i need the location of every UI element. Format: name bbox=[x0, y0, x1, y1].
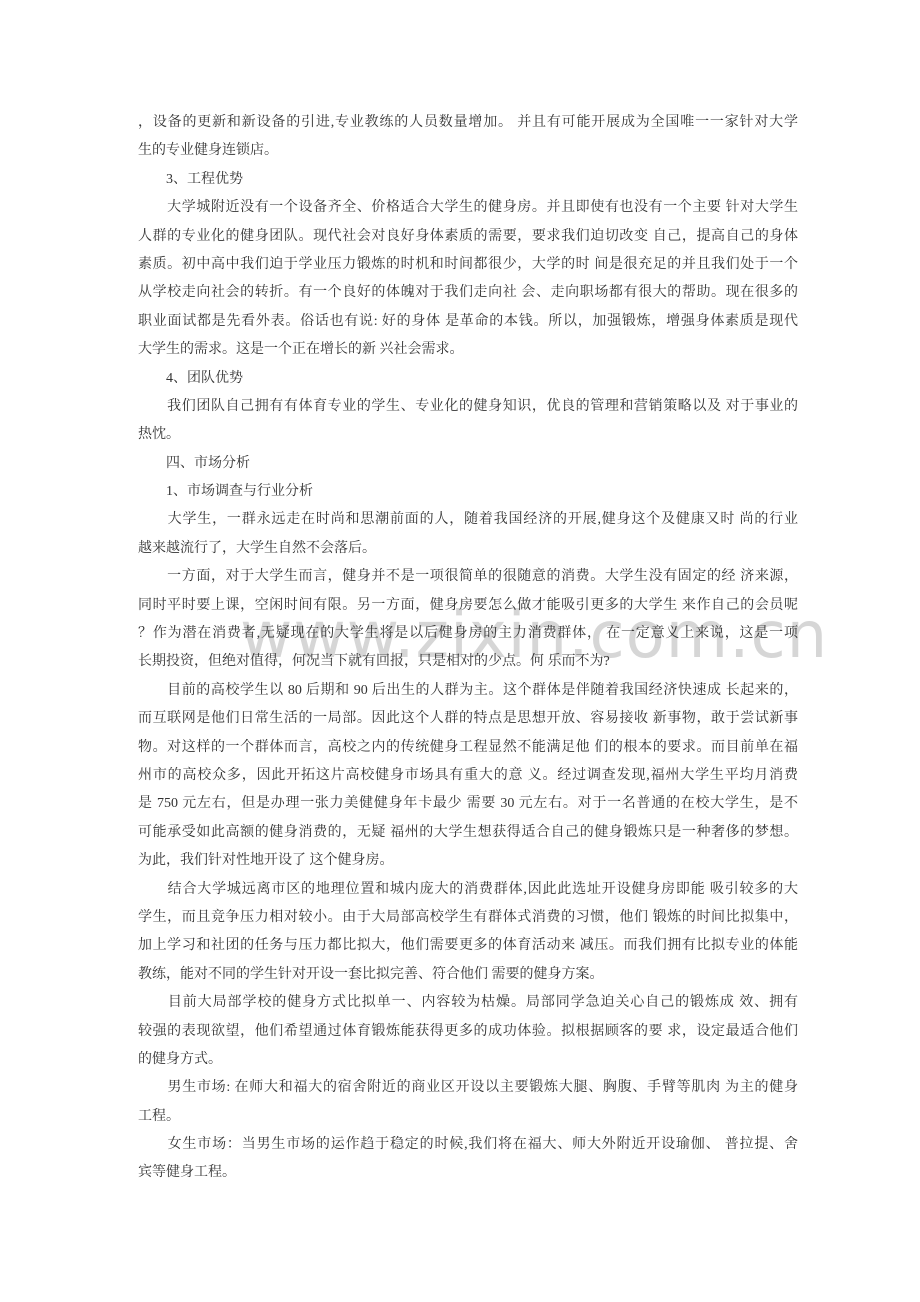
text-line: ，设备的更新和新设备的引进,专业教练的人员数量增加。 并且有可能开展成为全国唯一… bbox=[138, 109, 798, 137]
text-line: 从学校走向社会的转折。有一个良好的体魄对于我们走向社 会、走向职场都有很大的帮助… bbox=[138, 279, 798, 307]
text-line: 而互联网是他们日常生活的一局部。因此这个人群的特点是思想开放、容易接收 新事物，… bbox=[138, 705, 798, 733]
text-line: 较强的表现欲望，他们希望通过体育锻炼能获得更多的成功体验。拟根据顾客的要 求，设… bbox=[138, 1018, 798, 1046]
text-line: 生的专业健身连锁店。 bbox=[138, 137, 798, 165]
text-line: 宾等健身工程。 bbox=[138, 1159, 798, 1187]
text-line: 目前大局部学校的健身方式比拟单一、内容较为枯燥。局部同学急迫关心自己的锻炼成 效… bbox=[138, 989, 798, 1017]
text-line: 长期投资，但绝对值得，何况当下就有回报，只是相对的少点。何 乐而不为? bbox=[138, 648, 798, 676]
text-line: 教练，能对不同的学生针对开设一套比拟完善、符合他们 需要的健身方案。 bbox=[138, 961, 798, 989]
text-line: 男生市场: 在师大和福大的宿舍附近的商业区开设以主要锻炼大腿、胸腹、手臂等肌肉 … bbox=[138, 1074, 798, 1102]
text-line: 我们团队自己拥有有体育专业的学生、专业化的健身知识，优良的管理和营销策略以及 对… bbox=[138, 393, 798, 421]
text-line: 同时平时要上课，空闲时间有限。另一方面，健身房要怎么做才能吸引更多的大学生 来作… bbox=[138, 592, 798, 620]
text-line: 3、工程优势 bbox=[138, 166, 798, 194]
text-line: 热忱。 bbox=[138, 421, 798, 449]
text-line: ？作为潜在消费者,无疑现在的大学生将是以后健身房的主力消费群体， 在一定意义上来… bbox=[138, 620, 798, 648]
text-line: 大学生，一群永远走在时尚和思潮前面的人，随着我国经济的开展,健身这个及健康又时 … bbox=[138, 506, 798, 534]
text-line: 是 750 元左右，但是办理一张力美健健身年卡最少 需要 30 元左右。对于一名… bbox=[138, 790, 798, 818]
document-page: www.zixin.com.cn ，设备的更新和新设备的引进,专业教练的人员数量… bbox=[0, 0, 920, 1302]
text-line: 一方面，对于大学生而言，健身并不是一项很简单的很随意的消费。大学生没有固定的经 … bbox=[138, 563, 798, 591]
text-line: 1、市场调查与行业分析 bbox=[138, 478, 798, 506]
text-line: 州市的高校众多，因此开拓这片高校健身市场具有重大的意 义。经过调查发现,福州大学… bbox=[138, 762, 798, 790]
text-line: 素质。初中高中我们迫于学业压力锻炼的时机和时间都很少，大学的时 间是很充足的并且… bbox=[138, 251, 798, 279]
text-line: 4、团队优势 bbox=[138, 365, 798, 393]
text-line: 可能承受如此高额的健身消费的，无疑 福州的大学生想获得适合自己的健身锻炼只是一种… bbox=[138, 819, 798, 847]
text-line: 大学生的需求。这是一个正在增长的新 兴社会需求。 bbox=[138, 336, 798, 364]
text-line: 学生，而且竞争压力相对较小。由于大局部高校学生有群体式消费的习惯，他们 锻炼的时… bbox=[138, 904, 798, 932]
text-line: 职业面试都是先看外表。俗话也有说: 好的身体 是革命的本钱。所以，加强锻炼，增强… bbox=[138, 308, 798, 336]
text-line: 越来越流行了，大学生自然不会落后。 bbox=[138, 535, 798, 563]
text-line: 加上学习和社团的任务与压力都比拟大，他们需要更多的体育活动来 减压。而我们拥有比… bbox=[138, 932, 798, 960]
text-line: 工程。 bbox=[138, 1103, 798, 1131]
text-line: 四、市场分析 bbox=[138, 450, 798, 478]
text-line: 目前的高校学生以 80 后期和 90 后出生的人群为主。这个群体是伴随着我国经济… bbox=[138, 677, 798, 705]
text-line: 大学城附近没有一个设备齐全、价格适合大学生的健身房。并且即使有也没有一个主要 针… bbox=[138, 194, 798, 222]
text-line: 女生市场：当男生市场的运作趋于稳定的时候,我们将在福大、师大外附近开设瑜伽、 普… bbox=[138, 1131, 798, 1159]
document-body: ，设备的更新和新设备的引进,专业教练的人员数量增加。 并且有可能开展成为全国唯一… bbox=[138, 109, 798, 1188]
text-line: 物。对这样的一个群体而言，高校之内的传统健身工程显然不能满足他 们的根本的要求。… bbox=[138, 734, 798, 762]
text-line: 人群的专业化的健身团队。现代社会对良好身体素质的需要，要求我们迫切改变 自己，提… bbox=[138, 223, 798, 251]
text-line: 的健身方式。 bbox=[138, 1046, 798, 1074]
text-line: 结合大学城远离市区的地理位置和城内庞大的消费群体,因此此选址开设健身房即能 吸引… bbox=[138, 876, 798, 904]
text-line: 为此，我们针对性地开设了 这个健身房。 bbox=[138, 847, 798, 875]
